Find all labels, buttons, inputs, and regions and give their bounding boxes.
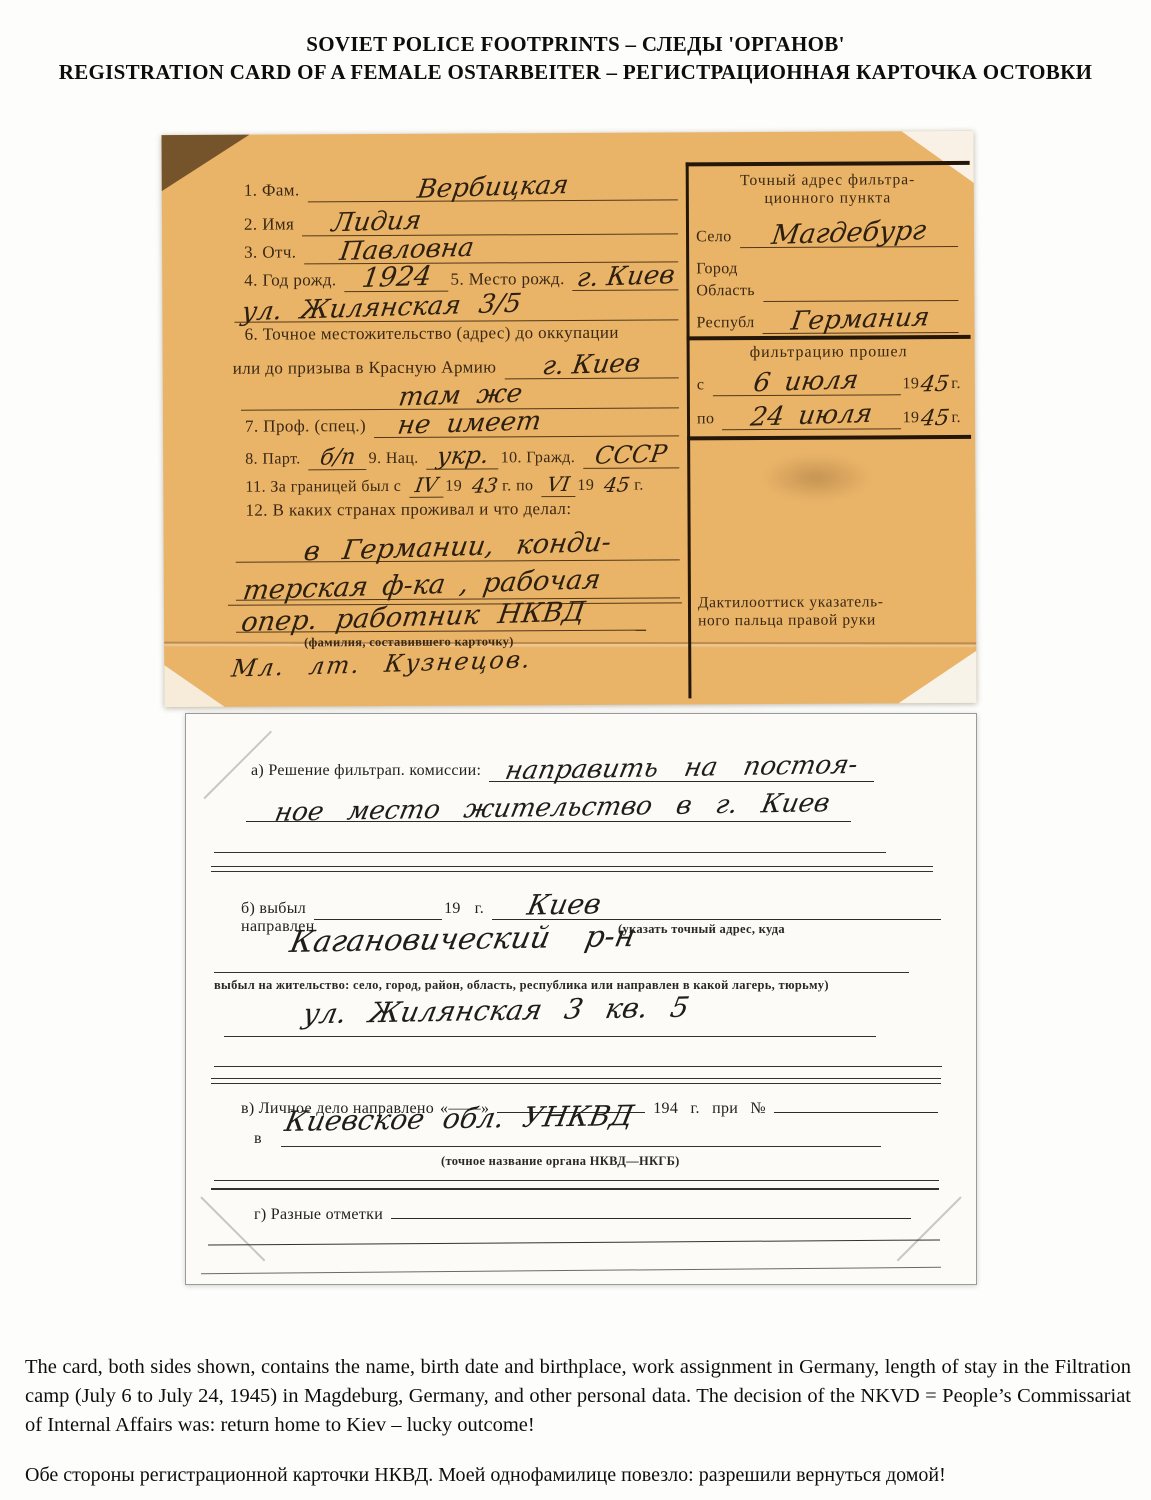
field-gorod-label: Город [696, 260, 738, 280]
departed-value: Киев [525, 891, 603, 917]
filtration-point-header: Точный адрес фильтра- ционного пункта [696, 171, 960, 208]
filtration-passed-header: фильтрацию прошел [697, 343, 961, 362]
field-respublika-label: Республ [696, 314, 754, 334]
district-row: Кагановический р-н [291, 926, 634, 954]
filtration-to-row: по 24 июля 19 45 г. [697, 395, 961, 430]
field-selo-label: Село [696, 228, 732, 248]
ruled-line [214, 972, 909, 973]
field-surname-value: Вербицкая [416, 174, 570, 202]
field-abroad-month-from: IV [414, 475, 439, 494]
filtration-from-year-hand: 45 [920, 375, 951, 396]
field-abroad-month-to: VI [546, 475, 571, 494]
field-respublika-value: Германия [790, 306, 931, 334]
ruled-line [214, 1066, 942, 1067]
ruled-line [224, 1036, 876, 1037]
filtration-point-header-line2: ционного пункта [696, 189, 960, 208]
signature-row: Мл. лт. Кузнецов. [232, 653, 531, 678]
field-birth: 4. Год рожд. 1924 5. Место рожд. г. Киев [244, 258, 680, 292]
nkvd-office-caption: (точное название органа НКВД—НКГБ) [441, 1154, 680, 1169]
box-border-bottom [687, 435, 971, 440]
personal-file-prefix: в [254, 1130, 262, 1148]
registration-card-back: а) Решение фильтрап. комиссии: направить… [185, 713, 977, 1285]
field-selo-value: Магдебург [770, 219, 928, 248]
departed-year-suffix: г. [475, 900, 484, 920]
box-border-mid [687, 335, 971, 340]
page-title-line1: SOVIET POLICE FOOTPRINTS – СЛЕДЫ 'ОРГАНО… [0, 32, 1151, 57]
field-birthplace-value: г. Киев [575, 264, 676, 290]
field-profession-value: не имеет [396, 410, 542, 438]
field-abroad-year-to-hand: 45 [603, 475, 631, 494]
photo-corner-bottom-left [164, 665, 224, 707]
field-respublika: Республ Германия [696, 299, 960, 334]
ruled-line [211, 1188, 939, 1190]
misc-notes-label: г) Разные отметки [254, 1206, 383, 1226]
departed-caption: (указать точный адрес, куда [618, 922, 785, 937]
back-address-row: ул. Жилянская 3 кв. 5 [304, 998, 688, 1025]
filtration-from-year-printed: 19 [902, 375, 919, 395]
field-selo: Село Магдебург [696, 209, 960, 248]
field-countries-value-line1: в Германии, конди- [303, 531, 613, 565]
departed-row: б) выбыл 19 г. Киев [241, 882, 943, 920]
ruled-line [211, 866, 933, 867]
nkvd-office-row: Киевское обл. УНКВД [286, 1106, 633, 1133]
fingerprint-label-line2: ного пальца правой руки [698, 611, 962, 630]
ruled-line [201, 1267, 941, 1274]
field-abroad-year-to-printed: 19 [577, 477, 594, 497]
fingerprint-label-line1: Дактилооттиск указатель- [698, 593, 962, 612]
field-countries-label: 12. В каких странах проживал и что делал… [245, 499, 571, 521]
filtration-to-value: 24 июля [749, 403, 874, 430]
ruled-line [214, 852, 886, 853]
filtration-to-year-suffix: г. [951, 409, 961, 429]
decision-value-line2: ное место жительство в г. Киев [273, 792, 832, 825]
registration-card-front: 1. Фам. Вербицкая 2. Имя Лидия 3. Отч. П… [162, 131, 977, 707]
field-birthyear-value: 1924 [360, 265, 433, 291]
card-crease [164, 642, 976, 645]
field-profession: 7. Проф. (спец.) не имеет [245, 404, 681, 438]
signature-value: Мл. лт. Кузнецов. [230, 649, 533, 680]
field-abroad-mid-label: г. по [502, 477, 533, 497]
filtration-from-row: с 6 июля 19 45 г. [697, 361, 961, 396]
field-profession-label: 7. Проф. (спец.) [245, 416, 366, 439]
ruled-line [211, 1083, 941, 1084]
field-abroad-year-from-hand: 43 [471, 476, 499, 495]
field-gorod: Город [696, 257, 960, 280]
decision-row-line2: ное место жительство в г. Киев [238, 782, 853, 822]
field-street-address: ул. Жилянская 3/5 [226, 288, 680, 322]
photo-corner-bottom-right [898, 651, 976, 703]
filtration-to-label: по [697, 410, 714, 430]
filtration-to-year-printed: 19 [903, 409, 920, 429]
column-divider [686, 162, 692, 698]
field-residence-label-line1: 6. Точное местожительство (адрес) до окк… [245, 323, 619, 345]
photo-corner-top-left [162, 135, 250, 191]
nkvd-office-value: Киевское обл. УНКВД [283, 1103, 636, 1134]
caption-russian: Обе стороны регистрационной карточки НКВ… [25, 1464, 1131, 1487]
field-surname-label: 1. Фам. [244, 180, 300, 202]
ruled-line [211, 871, 933, 872]
field-abroad-year-from-printed: 19 [445, 478, 462, 498]
personal-file-year: 194 г. при № [653, 1100, 766, 1120]
decision-value-line1: направить на постоя- [503, 754, 859, 784]
ruled-line [214, 1180, 939, 1181]
filtration-from-year-suffix: г. [951, 375, 961, 395]
departed-year-printed: 19 [444, 900, 461, 920]
ruled-line [208, 1239, 940, 1245]
field-residence: или до призыва в Красную Армию г. Киев [233, 346, 681, 380]
field-residence-value: г. Киев [541, 352, 642, 378]
ruled-line [211, 1078, 941, 1079]
dash-line [391, 1218, 911, 1219]
ink-smudge [761, 453, 871, 502]
page-title-line2: REGISTRATION CARD OF A FEMALE OSTARBEITE… [0, 60, 1151, 85]
fingerprint-label: Дактилооттиск указатель- ного пальца пра… [698, 593, 962, 630]
compiler-row: опер. работник НКВД [228, 595, 648, 633]
filtration-from-label: с [697, 376, 705, 396]
field-abroad-dates: 11. За границей был с IV 19 43 г. по VI … [245, 464, 681, 498]
misc-notes-row: г) Разные отметки [254, 1202, 919, 1226]
district-value: Кагановический р-н [288, 923, 638, 956]
residence-caption: выбыл на жительство: село, город, район,… [214, 978, 949, 993]
field-abroad-label: 11. За границей был с [245, 478, 401, 499]
caption-english: The card, both sides shown, contains the… [25, 1353, 1131, 1441]
compiler-value: опер. работник НКВД [240, 600, 587, 635]
back-address-value: ул. Жилянская 3 кв. 5 [301, 995, 691, 1027]
field-abroad-suffix: г. [634, 477, 644, 497]
field-countries-line1: в Германии, конди- [228, 522, 682, 562]
field-surname: 1. Фам. Вербицкая [244, 168, 680, 202]
filtration-to-year-hand: 45 [920, 409, 951, 430]
dash-line [774, 1112, 938, 1113]
decision-row: а) Решение фильтрап. комиссии: направить… [251, 742, 876, 782]
filtration-point-header-line1: Точный адрес фильтра- [696, 171, 960, 190]
ruled-line [281, 1146, 881, 1147]
scanned-album-page: SOVIET POLICE FOOTPRINTS – СЛЕДЫ 'ОРГАНО… [0, 0, 1151, 1500]
field-street-address-value: ул. Жилянская 3/5 [240, 293, 522, 325]
decision-label: а) Решение фильтрап. комиссии: [251, 762, 481, 782]
filtration-from-value: 6 июля [752, 369, 860, 396]
departed-label: б) выбыл [241, 900, 306, 920]
